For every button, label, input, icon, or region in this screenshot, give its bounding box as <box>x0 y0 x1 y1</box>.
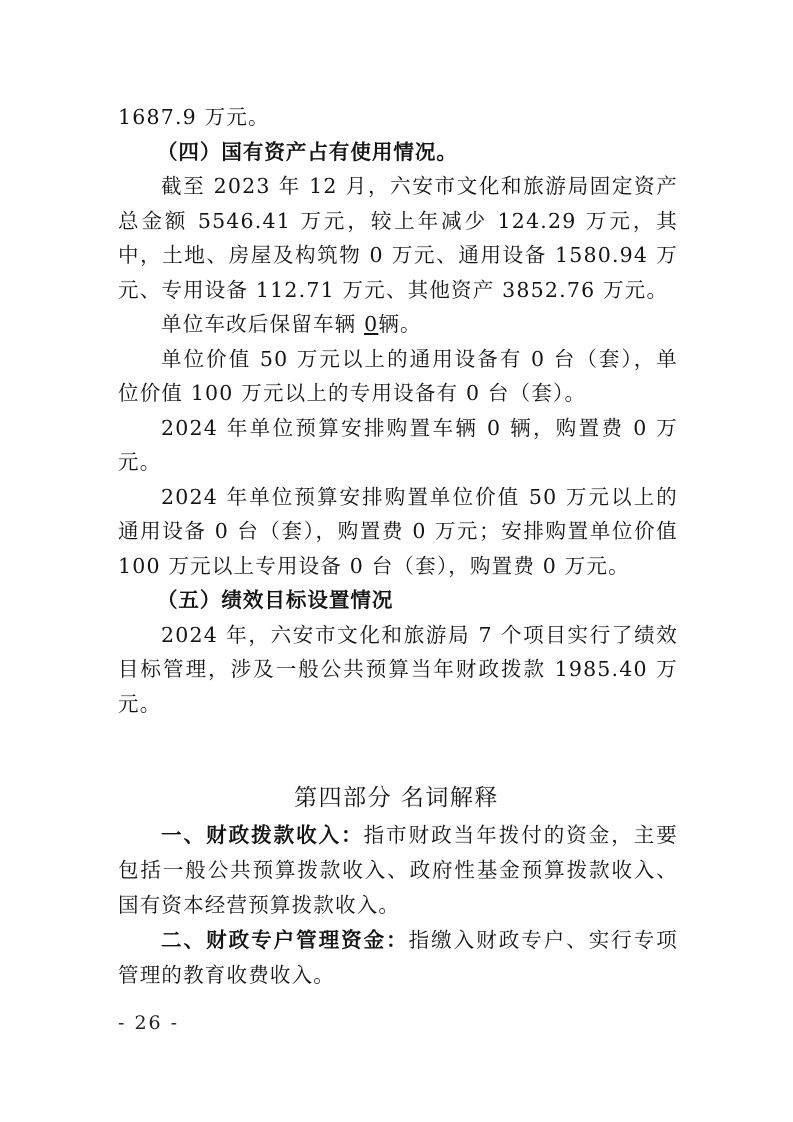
term-label: 一、财政拨款收入： <box>161 823 364 847</box>
paragraph-vehicles-retained: 单位车改后保留车辆 0辆。 <box>118 307 678 342</box>
carryover-line: 1687.9 万元。 <box>118 100 678 135</box>
vehicles-count: 0 <box>364 312 378 336</box>
glossary: 一、财政拨款收入：指市财政当年拨付的资金，主要包括一般公共预算拨款收入、政府性基… <box>118 818 678 993</box>
paragraph-performance: 2024 年，六安市文化和旅游局 7 个项目实行了绩效目标管理，涉及一般公共预算… <box>118 618 678 722</box>
vehicles-suffix: 辆。 <box>378 312 421 336</box>
document-body: 1687.9 万元。 （四）国有资产占有使用情况。 截至 2023 年 12 月… <box>118 100 678 721</box>
term-label: 二、财政专户管理资金： <box>161 928 409 952</box>
paragraph-vehicle-budget: 2024 年单位预算安排购置车辆 0 辆，购置费 0 万元。 <box>118 411 678 480</box>
vehicles-prefix: 单位车改后保留车辆 <box>161 312 364 336</box>
document-page: 1687.9 万元。 （四）国有资产占有使用情况。 截至 2023 年 12 月… <box>0 0 793 1122</box>
glossary-term-special-account: 二、财政专户管理资金：指缴入财政专户、实行专项管理的教育收费收入。 <box>118 923 678 993</box>
paragraph-equipment-value: 单位价值 50 万元以上的通用设备有 0 台（套），单位价值 100 万元以上的… <box>118 342 678 411</box>
glossary-term-fiscal-appropriation: 一、财政拨款收入：指市财政当年拨付的资金，主要包括一般公共预算拨款收入、政府性基… <box>118 818 678 923</box>
part-four-title: 第四部分 名词解释 <box>0 780 793 816</box>
section-heading-performance: （五）绩效目标设置情况 <box>118 583 678 618</box>
paragraph-fixed-assets: 截至 2023 年 12 月，六安市文化和旅游局固定资产总金额 5546.41 … <box>118 169 678 307</box>
page-number: - 26 - <box>118 1012 179 1034</box>
section-heading-state-assets: （四）国有资产占有使用情况。 <box>118 135 678 170</box>
paragraph-equipment-budget: 2024 年单位预算安排购置单位价值 50 万元以上的通用设备 0 台（套），购… <box>118 480 678 584</box>
